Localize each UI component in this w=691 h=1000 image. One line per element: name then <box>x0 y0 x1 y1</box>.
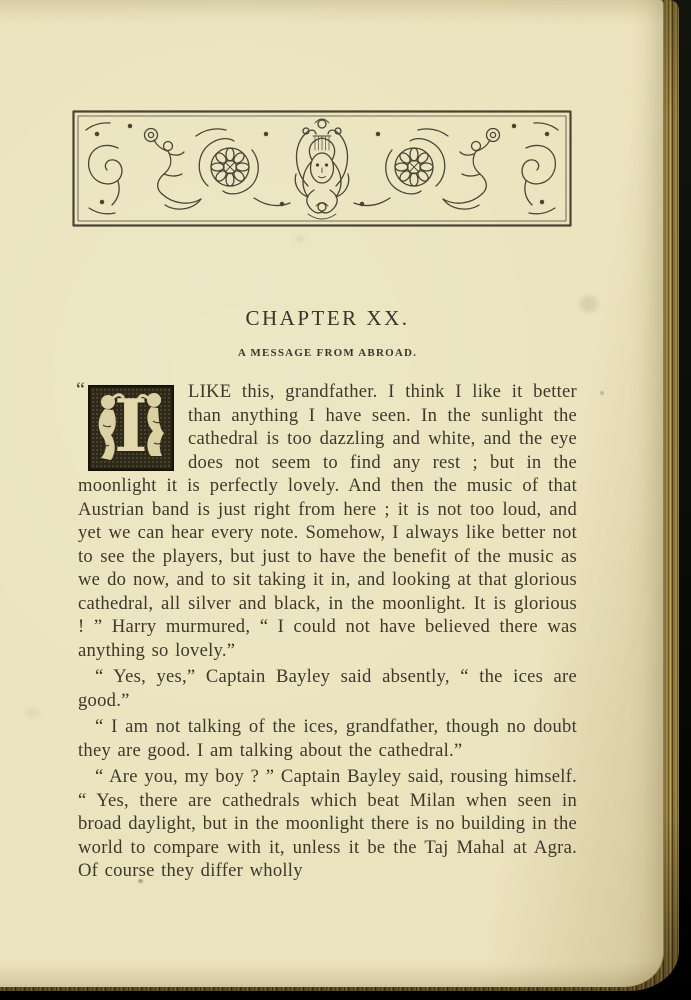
chapter-heading: CHAPTER XX. <box>78 306 577 330</box>
paragraph-2: “ Yes, yes,” Captain Bayley said absentl… <box>78 665 577 712</box>
drop-cap-letter: I <box>114 385 148 468</box>
book-page: CHAPTER XX. A MESSAGE FROM ABROAD. “ <box>0 0 664 987</box>
woodcut-initial-icon: I <box>88 385 174 471</box>
header-ornament-engraving-icon <box>72 110 572 227</box>
open-quote: “ <box>76 379 85 403</box>
foxing-spot <box>26 708 40 718</box>
foxing-spot <box>296 236 304 242</box>
text-column: CHAPTER XX. A MESSAGE FROM ABROAD. “ <box>78 306 577 883</box>
drop-cap: “ <box>78 383 176 471</box>
foxing-spot <box>600 391 604 395</box>
paragraph-1: “ <box>78 380 577 662</box>
paragraph-4: “ Are you, my boy ? ” Captain Bayley sai… <box>78 765 577 883</box>
body-text: “ <box>78 380 577 883</box>
paragraph-3: “ I am not talking of the ices, grandfat… <box>78 715 577 762</box>
foxing-spot <box>580 296 598 312</box>
chapter-subtitle: A MESSAGE FROM ABROAD. <box>78 347 577 359</box>
photographed-book-page: CHAPTER XX. A MESSAGE FROM ABROAD. “ <box>0 0 691 1000</box>
